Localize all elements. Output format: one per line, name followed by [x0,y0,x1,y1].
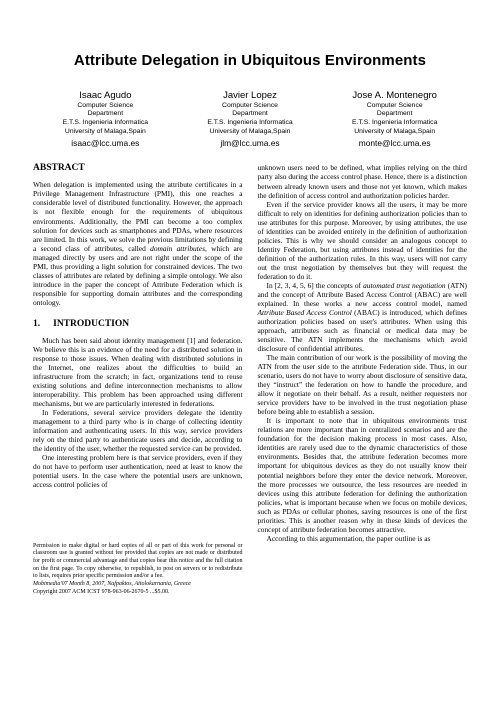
intro-paragraph-2: In Federations, several service provider… [33,408,243,453]
conference-line: Mobimedia'07 Month 8, 2007, Nafpaktos, A… [33,581,243,589]
intro-paragraph-8: According to this argumentation, the pap… [258,534,468,543]
left-column: ABSTRACT When delegation is implemented … [33,163,243,596]
author-email: isaac@lcc.uma.es [33,138,178,149]
introduction-heading: 1.INTRODUCTION [33,319,243,330]
author-affiliation: E.T.S. Ingenieria Informatica [322,119,467,128]
author-email: monte@lcc.uma.es [322,138,467,149]
authors-row: Isaac Agudo Computer Science Department … [33,90,467,148]
intro-paragraph-1: Much has been said about identity manage… [33,336,243,408]
section-title: INTRODUCTION [53,319,129,329]
author-affiliation: University of Malaga,Spain [33,128,178,137]
intro-paragraph-4: Even if the service provider knows all t… [258,200,468,281]
paper-title: Attribute Delegation in Ubiquitous Envir… [33,52,467,69]
abstract-heading: ABSTRACT [33,163,243,174]
author-affiliation: E.T.S. Ingenieria Informatica [178,119,323,128]
intro-paragraph-3-continued: unknown users need to be defined, what i… [258,163,468,199]
author-affiliation: University of Malaga,Spain [178,128,323,137]
intro-paragraph-6: The main contribution of our work is the… [258,353,468,416]
permission-statement: Permission to make digital or hard copie… [33,543,243,581]
author-name: Isaac Agudo [33,90,178,101]
author-affiliation: Department [33,110,178,119]
abstract-paragraph: When delegation is implemented using the… [33,180,243,306]
author-affiliation: Department [178,110,323,119]
author-affiliation: Department [322,110,467,119]
paper-page: Attribute Delegation in Ubiquitous Envir… [0,0,500,708]
author-name: Jose A. Montenegro [322,90,467,101]
emphasized-text: Attribute Based Access Control [258,308,352,317]
author-affiliation: Computer Science [322,102,467,111]
intro-paragraph-7: It is important to note that in ubiquito… [258,416,468,533]
author-affiliation: E.T.S. Ingenieria Informatica [33,119,178,128]
author-block-3: Jose A. Montenegro Computer Science Depa… [322,90,467,148]
author-email: jlm@lcc.uma.es [178,138,323,149]
author-block-2: Javier Lopez Computer Science Department… [178,90,323,148]
emphasized-text: automated trust negotiation [363,281,446,290]
copyright-notice: Permission to make digital or hard copie… [33,535,243,597]
text-segment: When delegation is implemented using the… [33,180,243,252]
emphasized-text: domain attributes [150,244,205,253]
intro-paragraph-5: In [2, 3, 4, 5, 6] the concepts of autom… [258,281,468,353]
author-affiliation: University of Malaga,Spain [322,128,467,137]
two-column-body: ABSTRACT When delegation is implemented … [33,163,467,596]
section-number: 1. [33,319,40,329]
intro-paragraph-3: One interesting problem here is that ser… [33,453,243,489]
author-affiliation: Computer Science [178,102,323,111]
text-segment: , which are managed directly by users an… [33,244,243,307]
text-segment: In [2, 3, 4, 5, 6] the concepts of [267,281,364,290]
right-column: unknown users need to be defined, what i… [258,163,468,596]
author-name: Javier Lopez [178,90,323,101]
author-affiliation: Computer Science [33,102,178,111]
author-block-1: Isaac Agudo Computer Science Department … [33,90,178,148]
copyright-line: Copyright 2007 ACM ICST 978-963-06-2670-… [33,589,243,597]
